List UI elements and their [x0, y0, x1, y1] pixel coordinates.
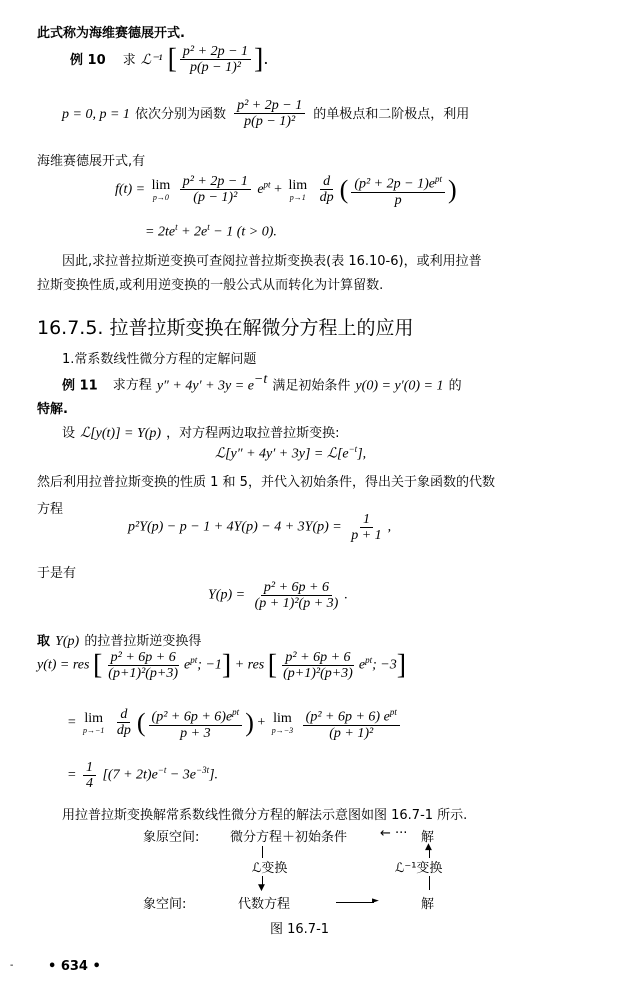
paragraph-properties-cont: 方程	[37, 498, 63, 517]
section-title: 16.7.5. 拉普拉斯变换在解微分方程上的应用	[37, 313, 414, 340]
row1-label: 象原空间:	[143, 826, 199, 845]
setup-line: 设 ℒ[y(t)] = Y(p) ，对方程两边取拉普拉斯变换:	[62, 422, 340, 442]
fraction: p² + 2p − 1p(p − 1)²	[180, 44, 251, 75]
laplace-equation: ℒ[y″ + 4y′ + 3y] = ℒ[e−t],	[215, 444, 366, 463]
equation-ft-result: = 2tet + 2et − 1 (t > 0).	[145, 222, 277, 241]
right-arrow-icon: ►	[372, 897, 379, 906]
down-arrow-icon: ▼	[258, 884, 265, 893]
right-arrow-line	[336, 902, 374, 903]
subsection-title: 1.常系数线性微分方程的定解问题	[62, 348, 256, 367]
equation-ft: f(t) = limp→0 p² + 2p − 1(p − 1)² ept + …	[115, 172, 457, 208]
bracket-close: ]	[254, 44, 263, 75]
figure-caption: 图 16.7-1	[270, 918, 329, 937]
row1-arrow: ← ···	[380, 826, 407, 841]
residue-equation: y(t) = res [p² + 6p + 6(p+1)²(p+3)ept; −…	[37, 650, 406, 681]
row2-node-algebraic: 代数方程	[238, 893, 290, 912]
inverse-laplace-op: ℒ⁻¹	[141, 53, 163, 68]
example-11-cont: 特解.	[37, 398, 68, 417]
diagram-intro: 用拉普拉斯变换解常系数线性微分方程的解法示意图如图 16.7-1 所示.	[62, 804, 467, 823]
up-line-lower	[429, 876, 430, 890]
example-label: 例 10	[70, 53, 106, 68]
intro-line: 此式称为海维赛德展开式.	[37, 22, 185, 41]
inverse-transform-label: ℒ⁻¹变换	[395, 857, 442, 876]
inverse-intro: 取 Y(p) 的拉普拉斯逆变换得	[37, 630, 201, 650]
algebraic-equation: p²Y(p) − p − 1 + 4Y(p) − 4 + 3Y(p) = 1p …	[128, 512, 391, 543]
final-result: = 14 [(7 + 2t)e−t − 3e−3t].	[67, 760, 218, 791]
limit: limp→0	[152, 178, 171, 202]
fraction: p² + 2p − 1p(p − 1)²	[234, 98, 305, 129]
therefore-line: 于是有	[37, 562, 76, 581]
margin-mark: -	[10, 960, 13, 971]
paragraph-poles-cont: 海维赛德展开式,有	[37, 150, 145, 169]
Y-equation: Y(p) = p² + 6p + 6(p + 1)²(p + 3).	[208, 580, 348, 611]
example-10: 例 10 求 ℒ⁻¹ [p² + 2p − 1p(p − 1)²].	[70, 44, 268, 75]
row2-node-solution: 解	[421, 893, 434, 912]
example-11: 例 11 求方程 y″ + 4y′ + 3y = e−t 满足初始条件 y(0)…	[62, 372, 462, 394]
row2-label: 象空间:	[143, 893, 186, 912]
page-number: • 634 •	[48, 959, 101, 974]
example-text: 求	[123, 53, 136, 68]
paragraph-method: 因此,求拉普拉斯逆变换可查阅拉普拉斯变换表(表 16.10-6)，或利用拉普	[62, 250, 482, 269]
limit-equation: = limp→−1 ddp((p² + 6p + 6)eptp + 3) + l…	[67, 705, 403, 741]
row1-node-ode: 微分方程＋初始条件	[230, 826, 347, 845]
paragraph-method-cont: 拉斯变换性质,或利用逆变换的一般公式从而转化为计算留数.	[37, 274, 383, 293]
laplace-transform-label: ℒ变换	[252, 857, 287, 876]
paragraph-poles: p = 0, p = 1 依次分别为函数 p² + 2p − 1p(p − 1)…	[62, 98, 469, 129]
paragraph-properties: 然后利用拉普拉斯变换的性质 1 和 5，并代入初始条件，得出关于象函数的代数	[37, 471, 495, 490]
bracket-open: [	[168, 44, 177, 75]
